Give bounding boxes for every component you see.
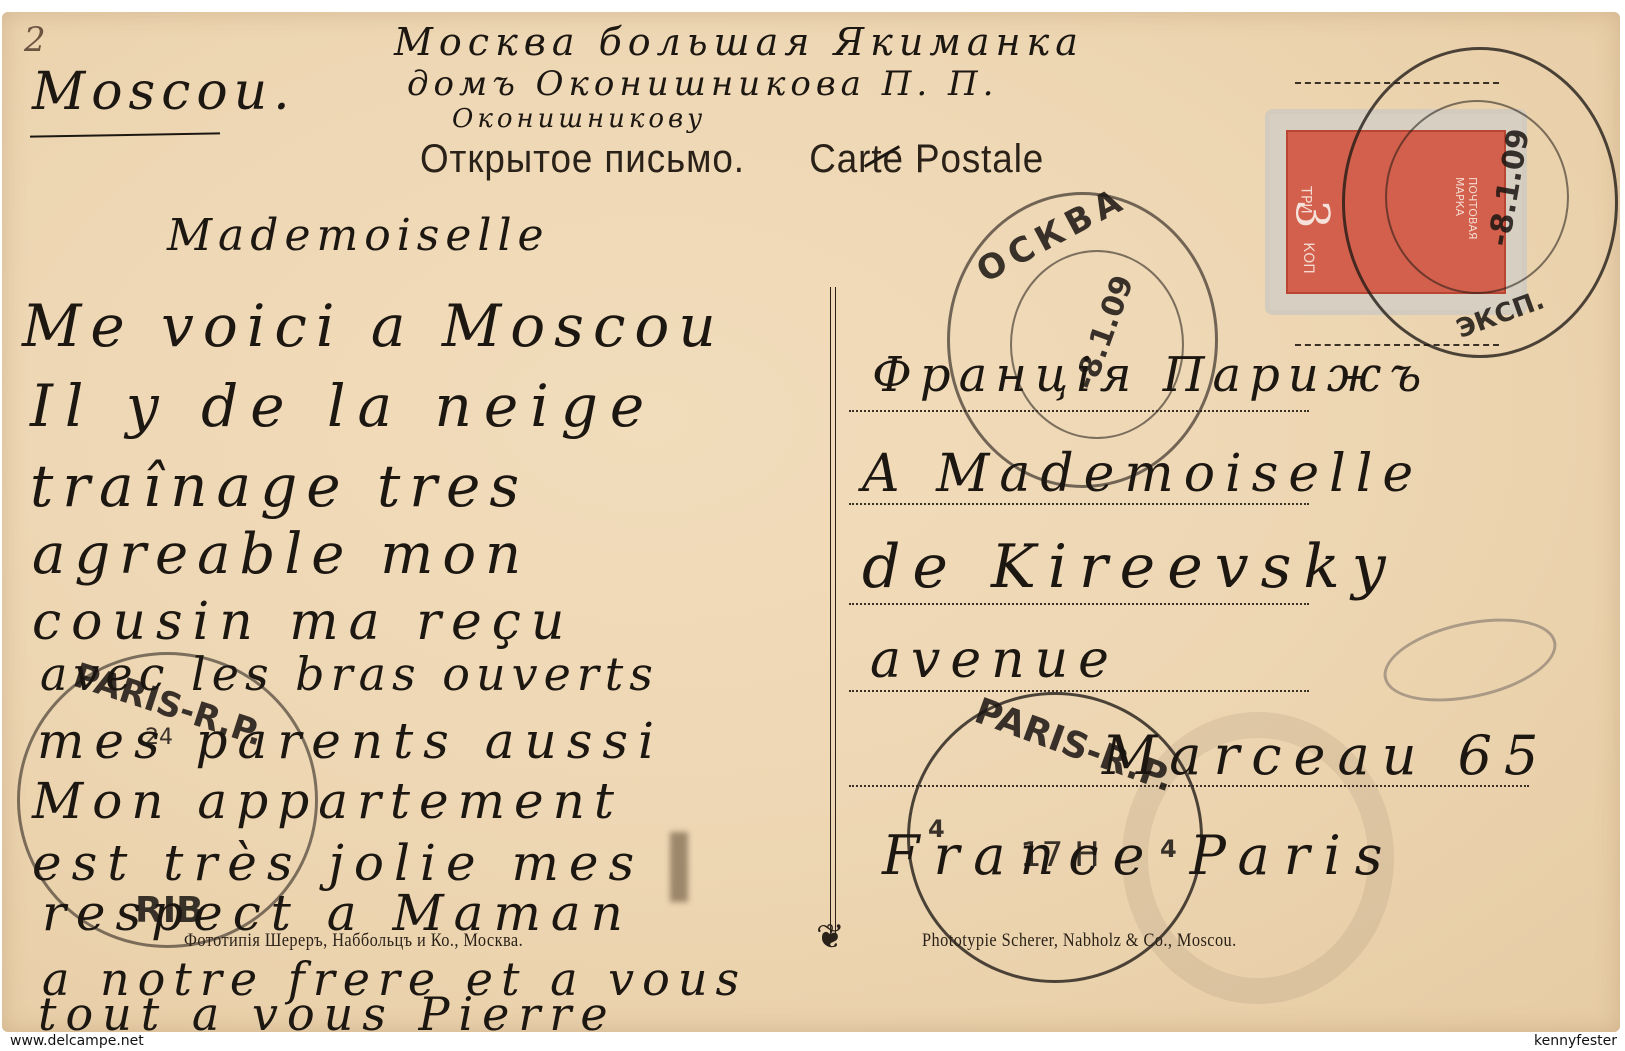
message-address-divider [830, 287, 836, 937]
address-line [849, 603, 1309, 605]
printed-header: Открытое письмо.Carte Postale [420, 137, 1044, 182]
pencil-mark [1376, 605, 1564, 716]
message-line: cousin ma reçu [32, 592, 574, 652]
message-line: Me voici a Moscou [22, 292, 725, 360]
postmark-side-number: 4 [928, 815, 945, 843]
ink-smudge [670, 832, 688, 902]
header-french: Carte Postale [809, 137, 1044, 181]
postmark-date: 17 H [1020, 835, 1100, 875]
city-note: Moscou. [32, 62, 296, 122]
message-line: agreable mon [32, 522, 530, 587]
footer-seller-name[interactable]: kennyfester [1534, 1033, 1617, 1049]
stamp-value: 3 [1286, 199, 1340, 228]
message-line: Il y de la neige [30, 372, 656, 440]
footer-source-link[interactable]: www.delcampe.net [10, 1033, 144, 1049]
message-line: traînage tres [30, 452, 528, 520]
stamp-label-bottom: КОП [1300, 242, 1316, 274]
corner-mark: 2 [24, 20, 49, 60]
publisher-russian: Фототипія Шереръ, Наббольцъ и Ко., Москв… [184, 930, 523, 952]
postmark-lower-text: RIB [135, 890, 204, 931]
message-line: tout a vous Pierre [38, 987, 617, 1032]
sender-address-line-1: Москва большая Якиманка [394, 20, 1084, 64]
moscow-postmark-stamp: -8.1.09 ЭКСП. [1342, 47, 1618, 358]
city-note-underline [30, 132, 220, 137]
postcard-back: 2 Moscou. Москва большая Якиманка домъ О… [2, 12, 1620, 1032]
address-line [849, 690, 1309, 692]
postmark-lower-text: ЭКСП. [1453, 285, 1549, 344]
postmark-city: PARIS-R.P. [969, 691, 1179, 801]
message-line: Mademoiselle [167, 210, 550, 261]
header-russian: Открытое письмо. [420, 137, 745, 181]
recipient-line: avenue [870, 630, 1119, 690]
moscow-postmark-center: ОСКВА -8.1.09 [947, 192, 1218, 488]
recipient-line: de Kireevsky [862, 532, 1398, 602]
paris-postmark-left: PARIS-R.P. 24 RIB [17, 652, 318, 948]
postmark-side-number: 4 [1160, 835, 1177, 863]
sender-address-line-3: Оконишникову [452, 104, 706, 134]
publisher-french: Phototypie Scherer, Nabholz & Co., Mosco… [922, 930, 1237, 952]
postmark-date: 24 [145, 725, 173, 750]
imperial-eagle-icon: ❦ [816, 920, 845, 954]
postmark-inner-ring [1385, 100, 1569, 294]
sender-address-line-2: домъ Оконишникова П. П. [407, 64, 998, 104]
